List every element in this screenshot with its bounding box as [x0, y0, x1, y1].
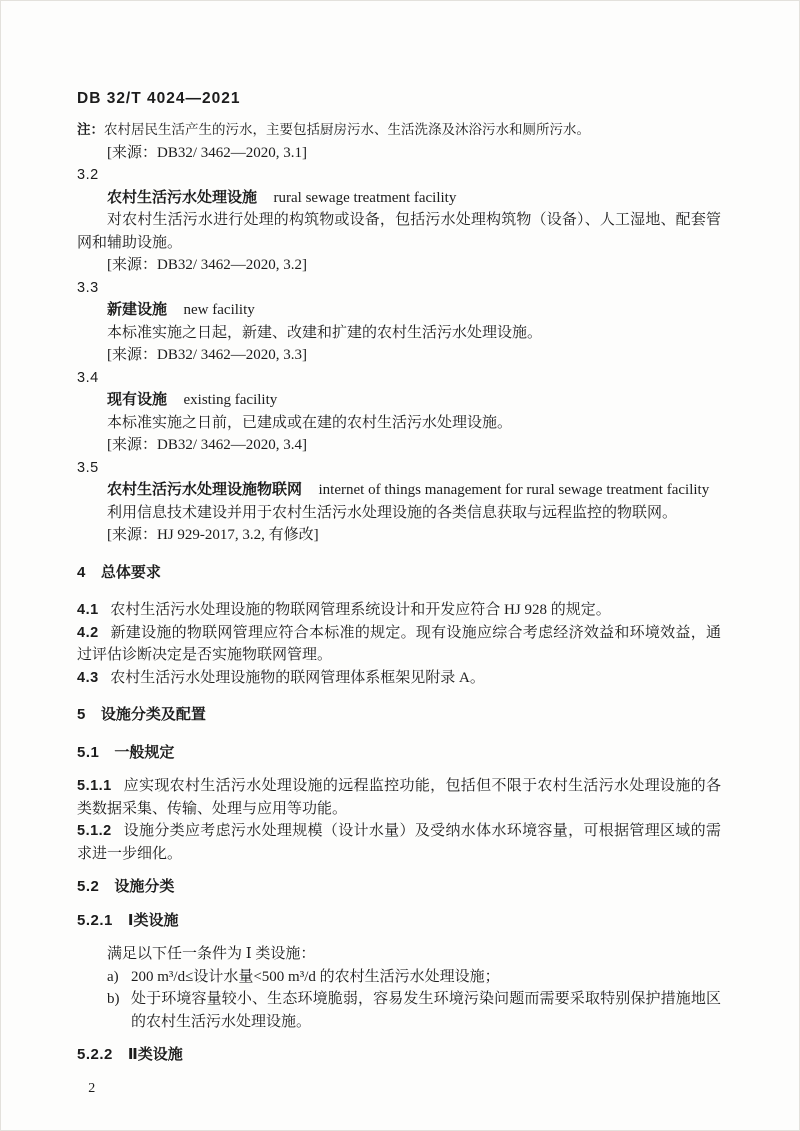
- term-zh: 农村生活污水处理设施物联网: [107, 482, 302, 498]
- term-en: new facility: [184, 302, 255, 318]
- clause-text: 农村生活污水处理设施物的联网管理体系框架见附录 A。: [110, 670, 485, 686]
- term-en: existing facility: [184, 392, 278, 408]
- list-marker: b): [107, 988, 131, 1033]
- term-definition: 农村生活污水处理设施物联网internet of things manageme…: [77, 479, 721, 502]
- source-reference: [来源：DB32/ 3462—2020, 3.3]: [77, 344, 721, 367]
- clause-number: 3.4: [77, 367, 721, 390]
- term-zh: 现有设施: [107, 392, 167, 408]
- list-intro-paragraph: 满足以下任一条件为 Ⅰ 类设施：: [77, 943, 721, 966]
- term-zh: 农村生活污水处理设施: [107, 190, 257, 206]
- clause-text: 应实现农村生活污水处理设施的远程监控功能，包括但不限于农村生活污水处理设施的各类…: [77, 778, 721, 817]
- section-heading: 5设施分类及配置: [77, 704, 721, 727]
- document-content: 注：农村居民生活产生的污水，主要包括厨房污水、生活洗涤及沐浴污水和厕所污水。 […: [77, 119, 721, 1067]
- document-page: DB 32/T 4024—2021 注：农村居民生活产生的污水，主要包括厨房污水…: [0, 0, 800, 1131]
- note: 注：农村居民生活产生的污水，主要包括厨房污水、生活洗涤及沐浴污水和厕所污水。: [77, 119, 721, 142]
- note-text: 农村居民生活产生的污水，主要包括厨房污水、生活洗涤及沐浴污水和厕所污水。: [104, 122, 590, 137]
- section-number: 5: [77, 706, 86, 723]
- section-title: 总体要求: [101, 564, 161, 581]
- term-en: internet of things management for rural …: [319, 482, 710, 498]
- clause-number: 5.1.1: [77, 778, 112, 794]
- section-number: 5.2: [77, 878, 99, 895]
- term-definition: 新建设施new facility: [77, 299, 721, 322]
- source-reference: [来源：DB32/ 3462—2020, 3.2]: [77, 254, 721, 277]
- clause-number: 3.5: [77, 457, 721, 480]
- list-item: b)处于环境容量较小、生态环境脆弱，容易发生环境污染问题而需要采取特别保护措施地…: [77, 988, 721, 1033]
- clause-number: 4.3: [77, 670, 99, 686]
- page-number: 2: [88, 1078, 721, 1101]
- section-number: 4: [77, 564, 86, 581]
- subsubsection-heading: 5.2.2Ⅱ类设施: [77, 1044, 721, 1067]
- section-number: 5.2.2: [77, 1046, 113, 1063]
- list-item: a)200 m³/d≤设计水量<500 m³/d 的农村生活污水处理设施；: [77, 966, 721, 989]
- clause-paragraph: 5.1.2设施分类应考虑污水处理规模（设计水量）及受纳水体水环境容量，可根据管理…: [77, 820, 721, 865]
- term-definition: 现有设施existing facility: [77, 389, 721, 412]
- term-zh: 新建设施: [107, 302, 167, 318]
- list-item-text: 200 m³/d≤设计水量<500 m³/d 的农村生活污水处理设施；: [131, 966, 721, 989]
- source-reference: [来源：HJ 929-2017, 3.2, 有修改]: [77, 524, 721, 547]
- section-number: 5.2.1: [77, 912, 113, 929]
- clause-number: 3.2: [77, 164, 721, 187]
- clause-number: 4.2: [77, 625, 99, 641]
- section-title: Ⅰ类设施: [128, 912, 179, 929]
- list-item-text: 处于环境容量较小、生态环境脆弱，容易发生环境污染问题而需要采取特别保护措施地区的…: [131, 988, 721, 1033]
- section-title: 设施分类及配置: [101, 706, 206, 723]
- clause-number: 5.1.2: [77, 823, 112, 839]
- section-title: 一般规定: [114, 744, 174, 761]
- section-title: Ⅱ类设施: [128, 1046, 183, 1063]
- clause-paragraph: 4.1农村生活污水处理设施的物联网管理系统设计和开发应符合 HJ 928 的规定…: [77, 599, 721, 622]
- paragraph: 利用信息技术建设并用于农村生活污水处理设施的各类信息获取与远程监控的物联网。: [77, 502, 721, 525]
- subsection-heading: 5.1一般规定: [77, 742, 721, 765]
- clause-paragraph: 4.2新建设施的物联网管理应符合本标准的规定。现有设施应综合考虑经济效益和环境效…: [77, 622, 721, 667]
- paragraph: 本标准实施之日前，已建成或在建的农村生活污水处理设施。: [77, 412, 721, 435]
- subsection-heading: 5.2设施分类: [77, 876, 721, 899]
- section-number: 5.1: [77, 744, 99, 761]
- clause-number: 4.1: [77, 602, 99, 618]
- term-definition: 农村生活污水处理设施rural sewage treatment facilit…: [77, 187, 721, 210]
- list-marker: a): [107, 966, 131, 989]
- source-reference: [来源：DB32/ 3462—2020, 3.4]: [77, 434, 721, 457]
- clause-text: 新建设施的物联网管理应符合本标准的规定。现有设施应综合考虑经济效益和环境效益，通…: [77, 625, 721, 664]
- clause-text: 设施分类应考虑污水处理规模（设计水量）及受纳水体水环境容量，可根据管理区域的需求…: [77, 823, 721, 862]
- term-en: rural sewage treatment facility: [274, 190, 457, 206]
- source-reference: [来源：DB32/ 3462—2020, 3.1]: [77, 142, 721, 165]
- clause-paragraph: 4.3农村生活污水处理设施物的联网管理体系框架见附录 A。: [77, 667, 721, 690]
- note-label: 注：: [77, 122, 104, 137]
- paragraph: 对农村生活污水进行处理的构筑物或设备，包括污水处理构筑物（设备）、人工湿地、配套…: [77, 209, 721, 254]
- paragraph: 本标准实施之日起，新建、改建和扩建的农村生活污水处理设施。: [77, 322, 721, 345]
- clause-text: 农村生活污水处理设施的物联网管理系统设计和开发应符合 HJ 928 的规定。: [110, 602, 610, 618]
- subsubsection-heading: 5.2.1Ⅰ类设施: [77, 910, 721, 933]
- clause-paragraph: 5.1.1应实现农村生活污水处理设施的远程监控功能，包括但不限于农村生活污水处理…: [77, 775, 721, 820]
- section-heading: 4总体要求: [77, 562, 721, 585]
- clause-number: 3.3: [77, 277, 721, 300]
- section-title: 设施分类: [114, 878, 174, 895]
- document-number-header: DB 32/T 4024—2021: [77, 91, 721, 107]
